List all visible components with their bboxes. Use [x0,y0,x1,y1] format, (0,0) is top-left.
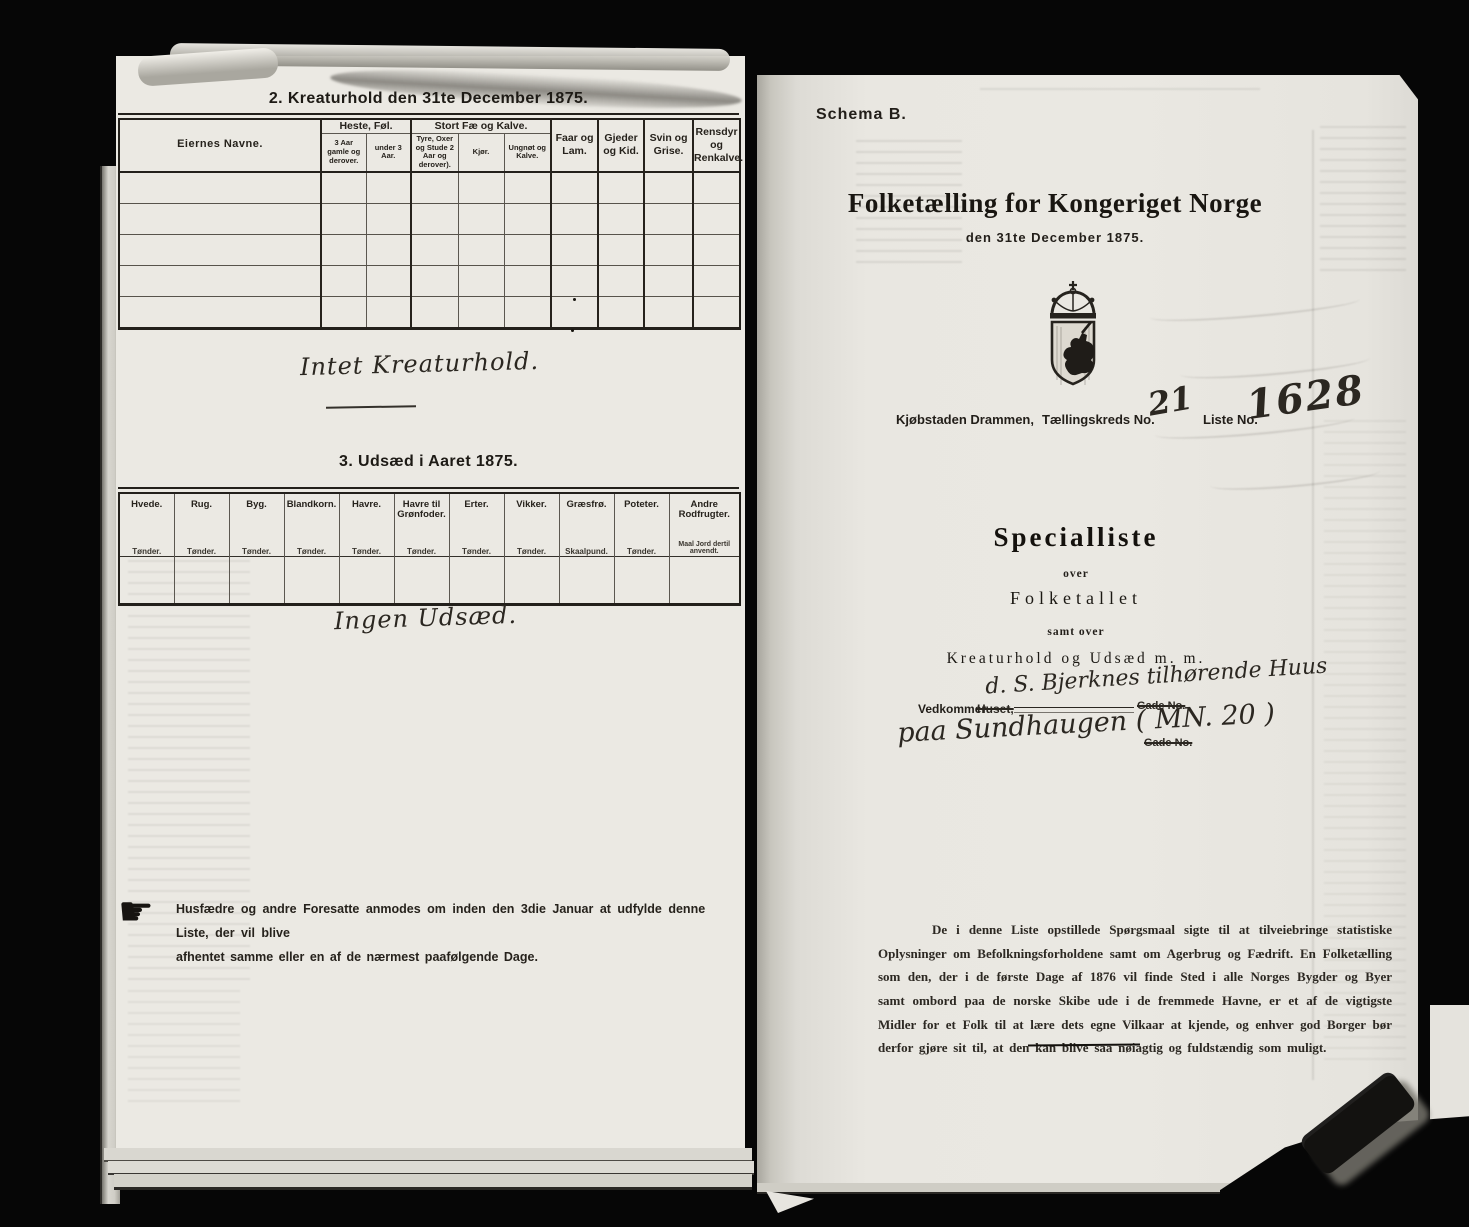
empty-table-row [119,557,740,605]
over-label: over [876,568,1276,580]
stacked-sheet-edge [114,1174,752,1190]
stacked-sheet-edge [108,1161,754,1175]
crop-column-header: Rug.Tønder. [174,493,229,557]
info-paragraph: De i denne Liste opstillede Spørgsmaal s… [878,918,1392,1060]
table-top-rule [118,113,739,115]
schema-label: Schema B. [816,106,907,124]
col-header-gjeder: Gjeder og Kid. [598,119,644,172]
crop-column-header: Vikker.Tønder. [504,493,559,557]
col-header-faar: Faar og Lam. [551,119,598,172]
crop-column-header: Erter.Tønder. [449,493,504,557]
folketallet-heading: Folketallet [876,588,1276,609]
paper-fragment [766,1191,814,1213]
crop-column-header: Blandkorn.Tønder. [284,493,339,557]
crop-column-header: Poteter.Tønder. [614,493,669,557]
empty-table-row [119,296,740,328]
pointing-hand-icon: ☛ [118,892,154,932]
specialliste-heading: Specialliste [876,522,1276,553]
crop-column-header: Havre.Tønder. [339,493,394,557]
census-title: Folketælling for Kongeriget Norge [755,188,1355,219]
footnote-line2: afhentet samme eller en af de nærmest pa… [176,946,721,970]
col-header-eiernes-navne: Eiernes Navne. [119,119,321,172]
subcol-stort-1: Tyre, Oxer og Stude 2 Aar og derover). [411,134,458,172]
col-group-stort-fae: Stort Fæ og Kalve. [411,119,551,134]
table-top-rule [118,487,739,489]
col-header-svin: Svin og Grise. [644,119,693,172]
crop-column-header: Græsfrø.Skaalpund. [559,493,614,557]
empty-table-row [119,172,740,204]
col-header-rensdyr: Rensdyr og Renkalve. [693,119,740,172]
subcol-stort-3: Ungnøt og Kalve. [504,134,551,172]
footnote: Husfædre og andre Foresatte anmodes om i… [176,898,721,969]
crop-column-header: Havre til Grønfoder.Tønder. [394,493,449,557]
footnote-line1: Husfædre og andre Foresatte anmodes om i… [176,898,721,946]
subcol-heste-1: 3 Aar gamle og derover. [321,134,366,172]
kreaturhold-table: Eiernes Navne. Heste, Føl. Stort Fæ og K… [118,118,741,330]
empty-table-row [119,203,740,234]
tellingskreds-label: Tællingskreds No. [1042,412,1155,427]
empty-table-row [119,234,740,265]
subcol-stort-2: Kjør. [458,134,504,172]
subcol-heste-2: under 3 Aar. [366,134,411,172]
tellingskreds-value-handwritten: 21 [1145,378,1195,423]
col-group-heste: Heste, Føl. [321,119,411,134]
stacked-sheet-edge [104,1148,752,1162]
crop-column-header: Byg.Tønder. [229,493,284,557]
udsaed-section-title: 3. Udsæd i Aaret 1875. [118,453,739,471]
kreaturhold-section-title: 2. Kreaturhold den 31te December 1875. [118,90,739,108]
samt-over-label: samt over [876,626,1276,638]
crop-column-header: Andre Rodfrugter.Maal Jord dertil anvend… [669,493,740,557]
page-edge-fragment [1430,1005,1469,1135]
ink-speck [571,329,574,332]
empty-table-row [119,265,740,296]
struck-gade-no-label-2: Gade No. [1144,737,1192,749]
scanned-document-canvas: 2. Kreaturhold den 31te December 1875. E… [0,0,1469,1227]
crop-column-header: Hvede.Tønder. [119,493,174,557]
udsaed-table: Hvede.Tønder. Rug.Tønder. Byg.Tønder. Bl… [118,492,741,606]
ink-speck [573,298,576,301]
city-label: Kjøbstaden Drammen, [896,412,1034,427]
coat-of-arms-norwegian-lion [1040,280,1106,390]
census-date-line: den 31te December 1875. [755,230,1355,245]
